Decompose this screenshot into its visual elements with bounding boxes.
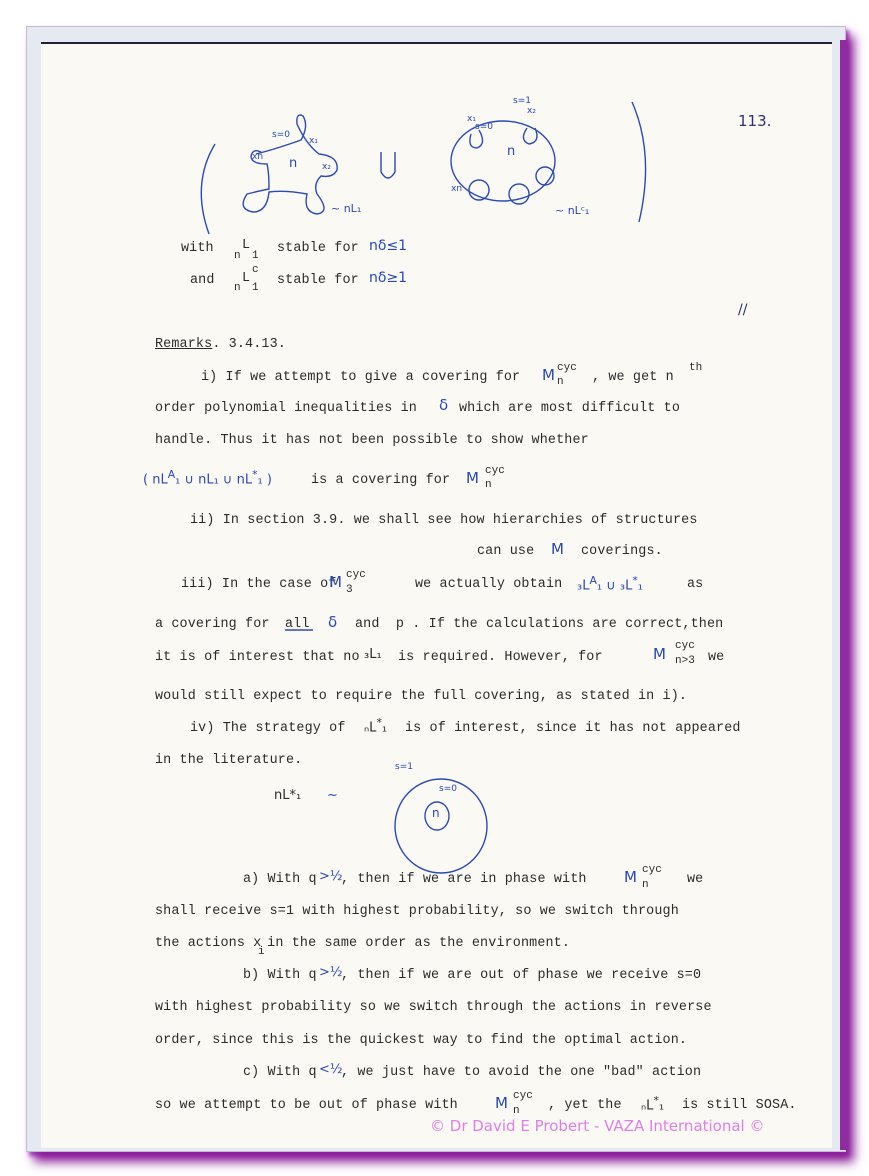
end-mark: // (738, 302, 747, 318)
gt-half-a: >½ (319, 869, 343, 884)
remark-ii-line1: ii) In section 3.9. we shall see how hie… (190, 513, 698, 528)
remark-b-line1a: b) With q (243, 968, 317, 983)
label-x1-left: x₁ (309, 136, 318, 146)
remark-i-line1a: i) If we attempt to give a covering for (201, 370, 520, 385)
sub-n-2: n (485, 479, 492, 491)
sub-n-gt-3: n>3 (675, 655, 695, 667)
delta-symbol: δ (439, 396, 448, 414)
remark-i-line1b: , we get n (592, 370, 674, 385)
pre-sub: n (234, 250, 241, 262)
remark-i-line3: handle. Thus it has not been possible to… (155, 433, 589, 448)
remark-b-line2: with highest probability so we switch th… (155, 1000, 712, 1015)
delta-symbol-2: δ (328, 613, 337, 631)
nL1star-symbol-2: ₙL*₁ (641, 1094, 664, 1113)
sub-n-5: n (642, 879, 649, 891)
typewritten-page: 113. s=0 x₁ x₂ xn n ~ nL₁ s=1 (41, 42, 832, 1148)
remark-i-line2b: which are most difficult to (459, 401, 680, 416)
script-M-2: M (466, 469, 479, 487)
remark-a-line3b: in the same order as the environment. (259, 936, 570, 951)
stable-for-1: stable for (277, 241, 359, 256)
script-M-4: M (329, 573, 342, 591)
remark-iii-line1b: we actually obtain (415, 577, 562, 592)
remark-i-line4: is a covering for (311, 473, 450, 488)
label-n-left: n (289, 156, 297, 171)
remark-a-line3a: the actions x (155, 936, 261, 951)
sup-cyc: cyc (557, 362, 577, 374)
tilde-nL1: ~ nL₁ (331, 202, 361, 215)
sub-1: 1 (252, 250, 259, 262)
remark-iii-line3a: it is of interest that no (155, 650, 360, 665)
sup-cyc-6: cyc (513, 1090, 533, 1102)
remark-ii-line2a: can use (477, 544, 534, 559)
remark-iii-line4: would still expect to require the full c… (155, 689, 687, 704)
remark-a-line2: shall receive s=1 with highest probabili… (155, 904, 679, 919)
remark-iii-line2b: and p . If the calculations are correct,… (355, 617, 723, 632)
remarks-title: Remarks (155, 337, 212, 352)
remark-iv-line1b: is of interest, since it has not appeare… (405, 721, 741, 736)
remark-c-line2a: so we attempt to be out of phase with (155, 1098, 458, 1113)
remark-c-line1b: , we just have to avoid the one "bad" ac… (341, 1065, 701, 1080)
covering-expression: ( nLA₁ ∪ nL₁ ∪ nL*₁ ) (143, 468, 272, 487)
label-xn-left: xn (252, 152, 263, 162)
remark-iv-line1a: iv) The strategy of (190, 721, 346, 736)
label-x2-right: x₂ (527, 106, 536, 116)
all-word: all (285, 617, 310, 632)
sup-c: c (252, 264, 259, 276)
sup-cyc-5: cyc (642, 864, 662, 876)
sub-1-2: 1 (252, 282, 259, 294)
label-x2-left: x₂ (322, 162, 331, 172)
lt-half-c: <½ (319, 1062, 343, 1077)
left-parenthesis (201, 144, 215, 234)
star-lhs: nL*₁ (274, 788, 301, 803)
script-M-6: M (624, 868, 637, 886)
right-parenthesis (632, 102, 646, 222)
L-symbol: L (242, 238, 250, 253)
remark-b-line3: order, since this is the quickest way to… (155, 1033, 687, 1048)
remark-a-line1a: a) With q (243, 872, 317, 887)
label-n-right: n (507, 144, 515, 159)
sup-cyc-4: cyc (675, 640, 695, 652)
remark-iii-line1c: as (687, 577, 703, 592)
frame-shadow-edge (840, 40, 847, 1150)
stable-for-2: stable for (277, 273, 359, 288)
label-x1-right: x₁ (467, 114, 476, 124)
sup-cyc-3: cyc (346, 569, 366, 581)
3L1-symbol: ₃L₁ (364, 647, 382, 662)
star-n: n (432, 806, 440, 820)
remark-c-line1a: c) With q (243, 1065, 317, 1080)
remark-i-line2a: order polynomial inequalities in (155, 401, 417, 416)
remark-a-line1b: , then if we are in phase with (341, 872, 587, 887)
with-word: with (181, 241, 214, 256)
label-s1-right: s=1 (513, 96, 531, 106)
remark-iii-line3b: is required. However, for (398, 650, 603, 665)
sup-th: th (689, 362, 702, 374)
star-s1: s=1 (395, 762, 413, 772)
L-symbol-2: L (242, 271, 250, 286)
script-M: M (542, 366, 555, 384)
remark-iii-line1a: iii) In the case of (181, 577, 337, 592)
remark-a-line1c: we (687, 872, 703, 887)
nL1star-symbol: ₙL*₁ (364, 716, 387, 735)
label-s0-right: s=0 (475, 122, 493, 132)
script-M-7: M (495, 1094, 508, 1112)
sup-cyc-2: cyc (485, 465, 505, 477)
tilde-nL1c: ~ nLᶜ₁ (555, 204, 589, 217)
remark-c-line2c: is still SOSA. (682, 1098, 797, 1113)
label-xn-right: xn (451, 184, 462, 194)
covering-3: ₃LA₁ ∪ ₃L*₁ (577, 574, 643, 593)
remark-c-line2b: , yet the (548, 1098, 622, 1113)
remarks-heading: Remarks. 3.4.13. (155, 337, 286, 352)
sub-n: n (557, 376, 564, 388)
and-word: and (190, 273, 215, 288)
script-M-3: M (551, 540, 564, 558)
condition-2: nδ≥1 (369, 270, 407, 286)
condition-1: nδ≤1 (369, 238, 407, 254)
remark-b-line1b: , then if we are out of phase we receive… (341, 968, 701, 983)
remarks-number: . 3.4.13. (212, 337, 286, 352)
remark-iv-line2: in the literature. (155, 753, 302, 768)
sub-3: 3 (346, 584, 353, 596)
remark-iii-line3c: we (708, 650, 724, 665)
star-tilde: ~ (327, 788, 338, 803)
remark-ii-line2b: coverings. (581, 544, 663, 559)
pre-sub-2: n (234, 282, 241, 294)
remark-iii-line2a: a covering for (155, 617, 270, 632)
copyright-watermark: © Dr David E Probert - VAZA Internationa… (430, 1117, 765, 1135)
star-s0: s=0 (439, 784, 457, 794)
label-s0-left: s=0 (272, 130, 290, 140)
sub-n-6: n (513, 1105, 520, 1117)
script-M-5: M (653, 645, 666, 663)
gt-half-b: >½ (319, 965, 343, 980)
